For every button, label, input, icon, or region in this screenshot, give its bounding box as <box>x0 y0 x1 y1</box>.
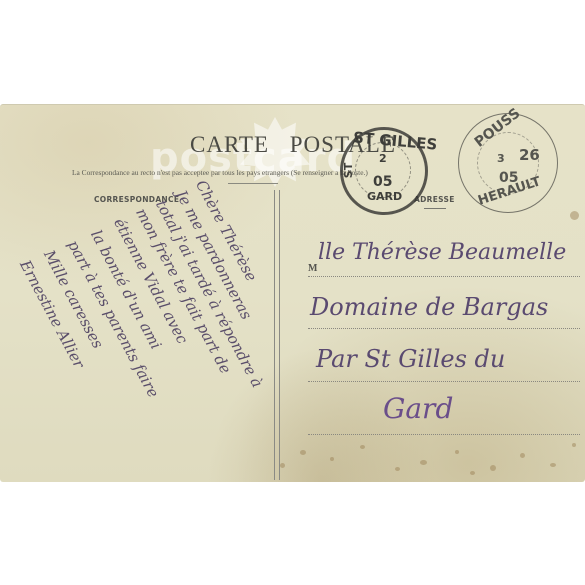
postmark-year: 05 <box>373 174 392 190</box>
address-street: Domaine de Bargas <box>310 293 548 321</box>
address-line-4 <box>308 434 580 435</box>
postmark-side-text: ST <box>342 163 355 178</box>
address-region: Gard <box>383 392 453 425</box>
card-notice: La Correspondance au recto n'est pas acc… <box>72 168 368 177</box>
address-line-2 <box>308 328 580 329</box>
address-label: ADRESSE <box>414 195 455 204</box>
address-label-rule <box>424 208 446 209</box>
address-line-1 <box>308 276 580 277</box>
postmark-pouss-herault: POUSS 3 26 05 HERAULT <box>458 113 558 213</box>
address-recipient: lle Thérèse Beaumelle <box>318 240 566 265</box>
postmark-month: 3 <box>497 152 505 165</box>
postmark-bottom-text: GARD <box>367 190 402 203</box>
address-line-3 <box>308 381 580 382</box>
postmark-st-gilles: ST GILLES ST 2 05 GARD <box>340 127 428 215</box>
postmark-day: 2 <box>379 152 387 165</box>
handwritten-message: Chère Thérèse Je me pardonneras total j'… <box>8 177 278 477</box>
center-divider-2 <box>279 190 280 480</box>
postmark-day: 26 <box>519 146 540 164</box>
address-prefix: M <box>308 263 317 274</box>
postcard-back: postcard CARTE POSTALE La Correspondance… <box>0 104 585 482</box>
address-town: Par St Gilles du <box>316 345 505 373</box>
